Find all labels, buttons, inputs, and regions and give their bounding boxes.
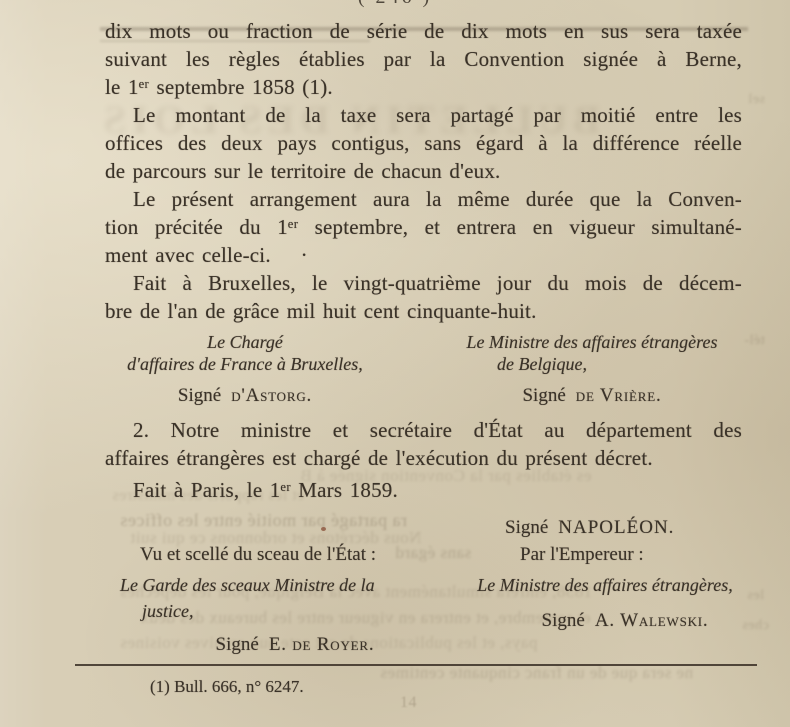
document-body: dix mots ou fraction de série de dix mot… — [105, 0, 742, 697]
signature-right-ministre-belgique: Le Ministre des affaires étrangères de B… — [442, 331, 742, 408]
text-line: affaires étrangères est chargé de l'exéc… — [105, 444, 742, 472]
signed-name: E. de Royer. — [269, 634, 375, 655]
text-line: ment avec celle-ci. · — [105, 241, 742, 269]
signature-title: justice, — [142, 600, 450, 622]
text-line: Fait à Paris, le 1ᵉʳ Mars 1859. — [105, 476, 742, 504]
signature-left-charge-affaires: Le Chargé d'affaires de France à Bruxell… — [105, 331, 385, 408]
footnote: (1) Bull. 666, n° 6247. — [150, 677, 742, 697]
signature-line-devriere: Signéde Vrière. — [442, 383, 742, 408]
text-line: Le présent arrangement aura la même duré… — [105, 185, 742, 213]
bleedthrough-text: tél- — [744, 333, 765, 349]
signed-name: A. Walewski. — [595, 610, 709, 631]
seal-statement: Vu et scellé du sceau de l'État : — [140, 544, 376, 565]
text-line: Fait à Bruxelles, le vingt-quatrième jou… — [105, 269, 742, 297]
text-line: 2. Notre ministre et secrétaire d'État a… — [105, 416, 742, 444]
signed-name: NAPOLÉON. — [558, 517, 674, 538]
signed-label: Signé — [216, 634, 259, 655]
signature-left-garde-des-sceaux: Le Garde des sceaux Ministre de la justi… — [120, 574, 450, 622]
signed-label: Signé — [178, 385, 221, 406]
signed-label: Signé — [522, 385, 565, 406]
text-line: tion précitée du 1ᵉʳ septembre, et entre… — [105, 213, 742, 241]
signed-name: d'Astorg. — [231, 385, 312, 406]
text-line: de parcours sur le territoire de chacun … — [105, 157, 742, 185]
signature-title: de Belgique, — [442, 353, 742, 375]
signature-right-ministre-affaires-etrangeres: Le Ministre des affaires étrangères, Sig… — [455, 574, 755, 633]
signature-title: Le Ministre des affaires étrangères — [442, 331, 742, 353]
signature-title: Le Chargé — [105, 331, 385, 353]
signature-line-napoleon: SignéNAPOLÉON. — [505, 515, 742, 540]
signature-line-royer: SignéE. de Royer. — [200, 634, 390, 656]
signature-line-walewski: SignéA. Walewski. — [455, 608, 755, 633]
scanned-document-page: BULLETIN DES LOIS es établies par la Con… — [0, 0, 790, 727]
signature-line-dastorg: Signéd'Astorg. — [105, 383, 385, 408]
footnote-rule — [75, 664, 757, 666]
signed-label: Signé — [542, 610, 585, 631]
signed-name: de Vrière. — [576, 385, 662, 406]
text-line: bre de l'an de grâce mil huit cent cinqu… — [105, 297, 742, 325]
emperor-statement: Par l'Empereur : — [520, 542, 644, 568]
text-line: Le montant de la taxe sera partagé par m… — [105, 101, 742, 129]
text-line: suivant les règles établies par la Conve… — [105, 45, 742, 73]
signature-block-paris: Le Garde des sceaux Ministre de la justi… — [105, 574, 742, 628]
signature-title: d'affaires de France à Bruxelles, — [105, 353, 385, 375]
signature-title: Le Garde des sceaux Ministre de la — [120, 574, 450, 596]
signature-block-bruxelles: Le Chargé d'affaires de France à Bruxell… — [105, 331, 742, 408]
bleedthrough-text: sel — [748, 92, 765, 108]
text-line: dix mots ou fraction de série de dix mot… — [105, 17, 742, 45]
signature-title: Le Ministre des affaires étrangères, — [455, 574, 755, 596]
signed-label: Signé — [505, 517, 548, 538]
text-line: offices des deux pays contigus, sans éga… — [105, 129, 742, 157]
text-line: le 1ᵉʳ septembre 1858 (1). — [105, 73, 742, 101]
seal-row: Vu et scellé du sceau de l'État : Par l'… — [105, 542, 742, 568]
